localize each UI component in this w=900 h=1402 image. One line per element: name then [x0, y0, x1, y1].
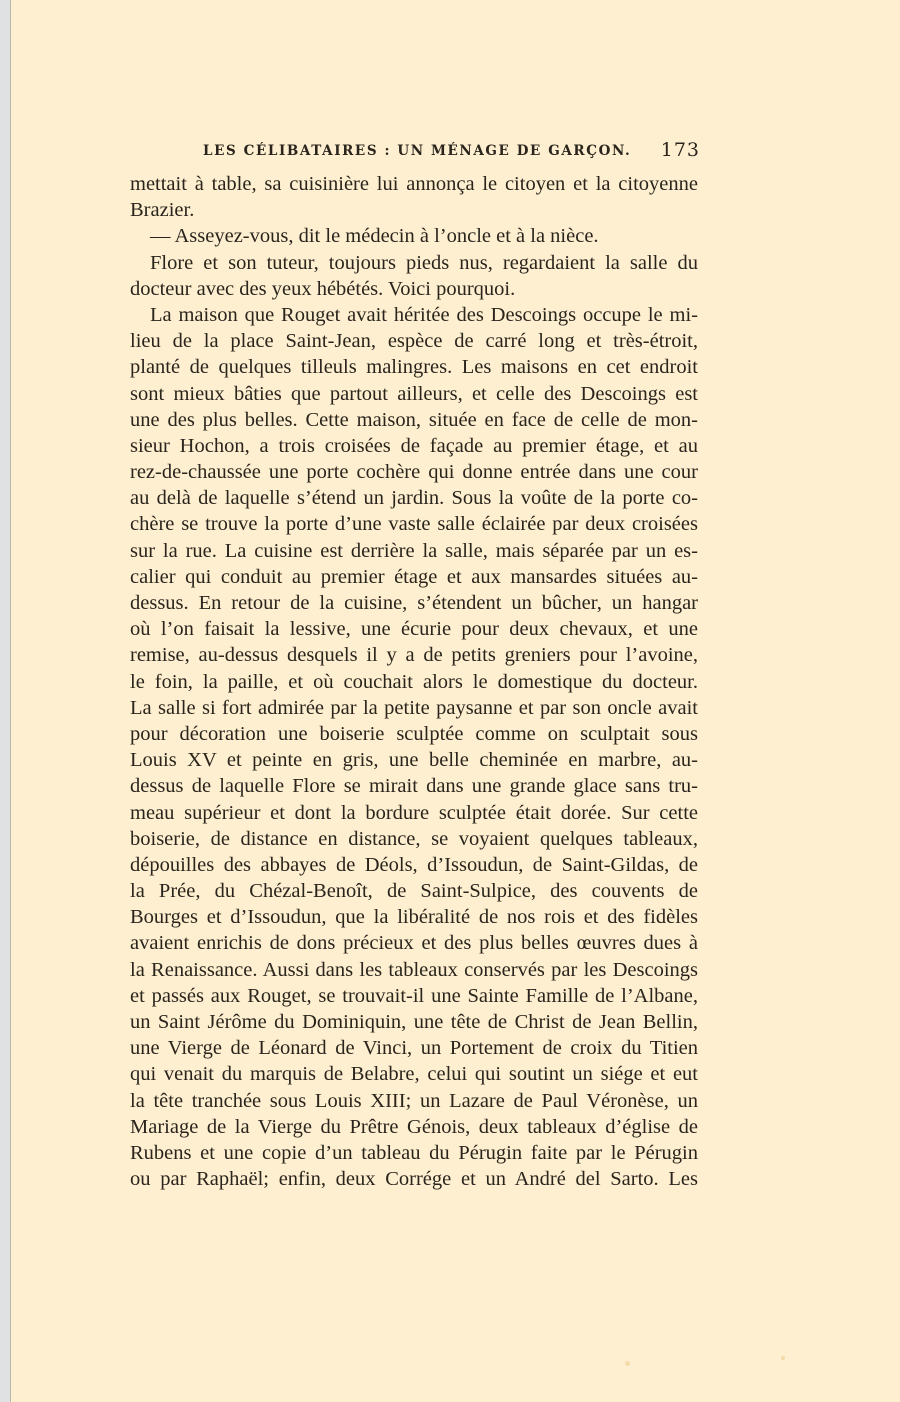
- text-line: un Saint Jérôme du Dominiquin, une tête …: [130, 1009, 698, 1035]
- text-line: la Renaissance. Aussi dans les tableaux …: [130, 957, 698, 983]
- text-line: Flore et son tuteur, toujours pieds nus,…: [130, 250, 698, 276]
- text-line: docteur avec des yeux hébétés. Voici pou…: [130, 276, 698, 302]
- text-line: lieu de la place Saint-Jean, espèce de c…: [130, 328, 698, 354]
- text-line: Brazier.: [130, 197, 698, 223]
- text-line: la tête tranchée sous Louis XIII; un Laz…: [130, 1088, 698, 1114]
- text-line: où l’on faisait la lessive, une écurie p…: [130, 616, 698, 642]
- text-line: pour décoration une boiserie sculptée co…: [130, 721, 698, 747]
- text-line: la Prée, du Chézal-Benoît, de Saint-Sulp…: [130, 878, 698, 904]
- text-line: Louis XV et peinte en gris, une belle ch…: [130, 747, 698, 773]
- page-number: 173: [661, 139, 700, 161]
- scan-margin-strip: [0, 0, 11, 1402]
- text-line: remise, au-dessus desquels il y a de pet…: [130, 642, 698, 668]
- text-line: le foin, la paille, et où couchait alors…: [130, 669, 698, 695]
- text-line: meau supérieur et dont la bordure sculpt…: [130, 800, 698, 826]
- text-line: sur la rue. La cuisine est derrière la s…: [130, 538, 698, 564]
- text-line: avaient enrichis de dons précieux et des…: [130, 930, 698, 956]
- paper-stain: [625, 1361, 630, 1366]
- paper-stain: [781, 1356, 785, 1360]
- text-line: planté de quelques tilleuls malingres. L…: [130, 354, 698, 380]
- text-line: dessus de laquelle Flore se mirait dans …: [130, 773, 698, 799]
- text-line: Rubens et une copie d’un tableau du Péru…: [130, 1140, 698, 1166]
- text-line: Mariage de la Vierge du Prêtre Génois, d…: [130, 1114, 698, 1140]
- text-line: chère se trouve la porte d’une vaste sal…: [130, 511, 698, 537]
- running-head-title: Les Célibataires : un ménage de garçon.: [203, 143, 631, 159]
- text-line: qui venait du marquis de Belabre, celui …: [130, 1061, 698, 1087]
- text-line: et passés aux Rouget, se trouvait-il une…: [130, 983, 698, 1009]
- text-line: boiserie, de distance en distance, se vo…: [130, 826, 698, 852]
- text-line: dépouilles des abbayes de Déols, d’Issou…: [130, 852, 698, 878]
- text-line: sieur Hochon, a trois croisées de façade…: [130, 433, 698, 459]
- body-text: mettait à table, sa cuisinière lui annon…: [130, 171, 698, 1192]
- text-line: La salle si fort admirée par la petite p…: [130, 695, 698, 721]
- text-line: rez-de-chaussée une porte cochère qui do…: [130, 459, 698, 485]
- text-line: dessus. En retour de la cuisine, s’étend…: [130, 590, 698, 616]
- text-line: Bourges et d’Issoudun, que la libéralité…: [130, 904, 698, 930]
- text-line: une Vierge de Léonard de Vinci, un Porte…: [130, 1035, 698, 1061]
- text-line: au delà de laquelle s’étend un jardin. S…: [130, 485, 698, 511]
- text-line: calier qui conduit au premier étage et a…: [130, 564, 698, 590]
- running-head: Les Célibataires : un ménage de garçon. …: [203, 139, 700, 163]
- text-line: sont mieux bâties que partout ailleurs, …: [130, 381, 698, 407]
- text-line: ou par Raphaël; enfin, deux Corrége et u…: [130, 1166, 698, 1192]
- text-line: une des plus belles. Cette maison, situé…: [130, 407, 698, 433]
- text-line: La maison que Rouget avait héritée des D…: [130, 302, 698, 328]
- text-line: mettait à table, sa cuisinière lui annon…: [130, 171, 698, 197]
- text-line: — Asseyez-vous, dit le médecin à l’oncle…: [130, 223, 698, 249]
